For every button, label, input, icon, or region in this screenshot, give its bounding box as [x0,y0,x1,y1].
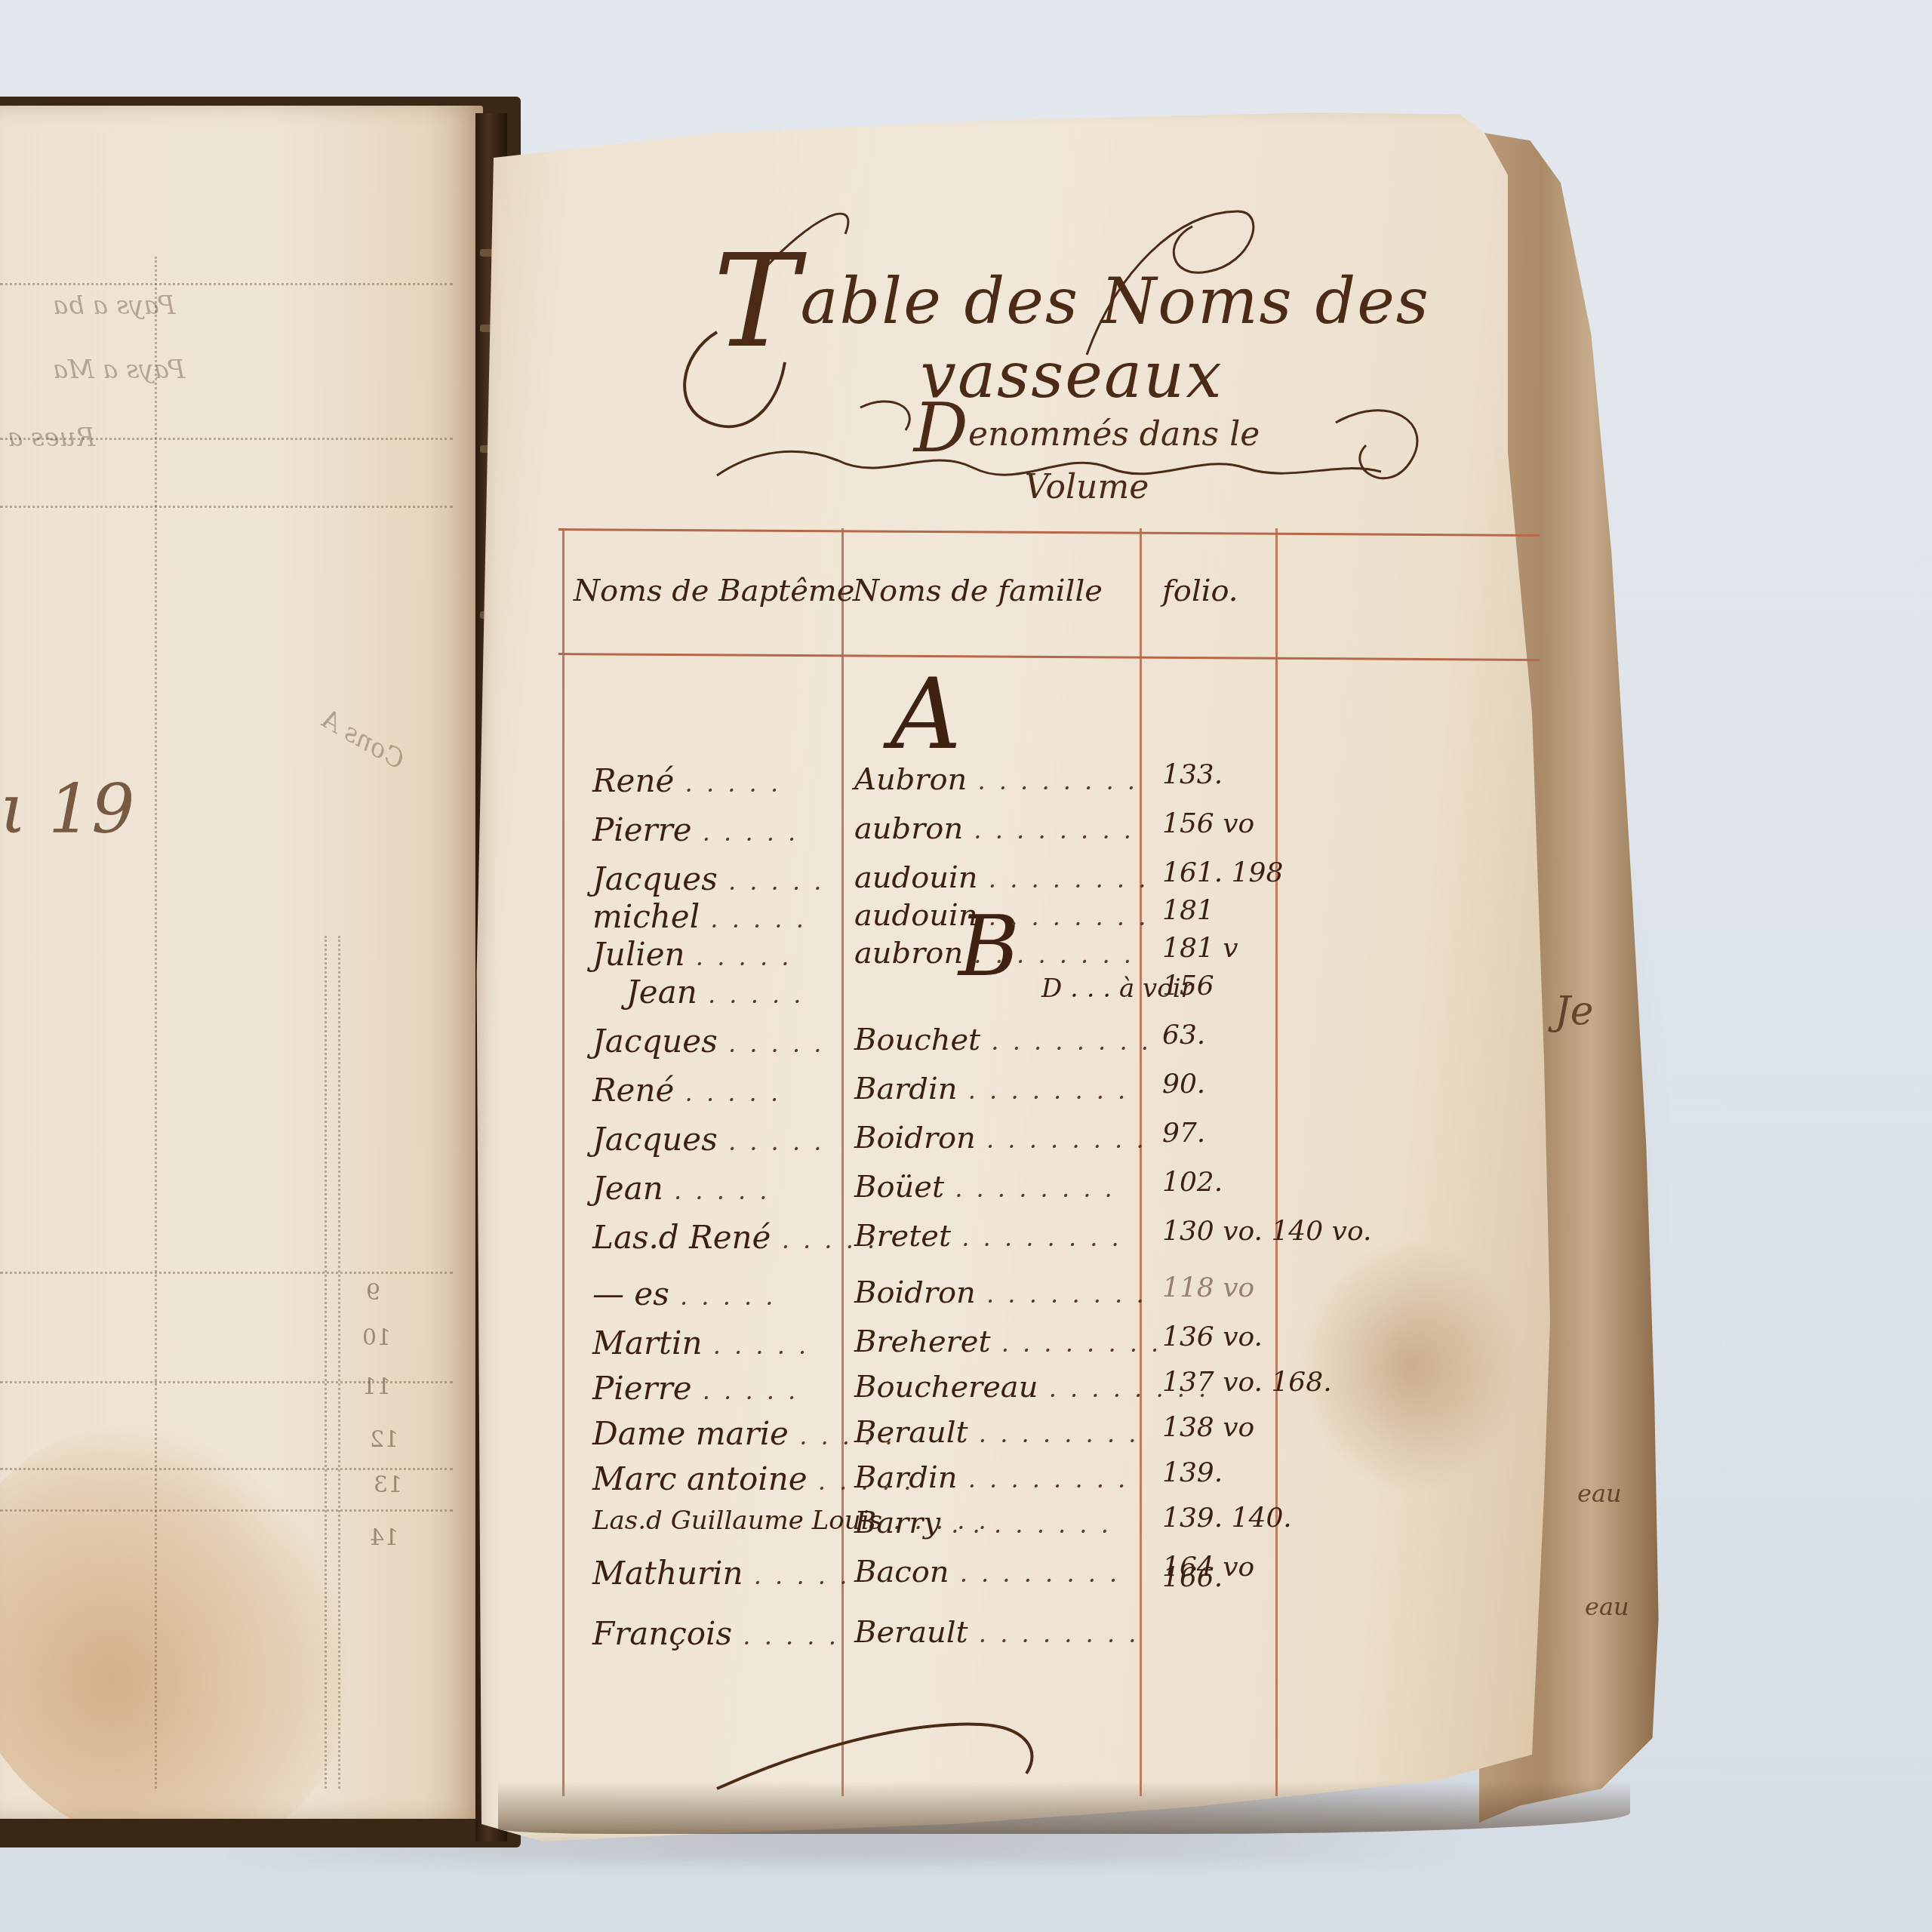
family-name: Bretet [854,1219,1122,1254]
partial-text-edge: eau [1585,1592,1629,1621]
given-name: Pierre [592,1370,798,1407]
family-name: Bardin [854,1072,1128,1106]
table-row: Jacques Boidron 97. [558,1121,1351,1166]
dotted-column-rule [338,936,340,1789]
dotted-rule [0,506,453,508]
given-name: Martin [592,1324,809,1361]
folio-ref: 156 vo [1162,808,1254,839]
given-name: Jacques [592,860,824,897]
table-row: Las.d René Bretet 130 vo. 140 vo. [558,1219,1351,1264]
family-name: Aubron [854,762,1138,797]
partial-text-edge: Je [1555,989,1594,1034]
show-through-number: 13 [374,1472,402,1498]
table-row: Marc antoine Bardin 139. [558,1460,1351,1506]
names-table: Noms de Baptême Noms de famille folio. A… [558,528,1540,1796]
show-through-number: 10 [362,1324,391,1351]
column-header-family-name: Noms de famille [853,574,1103,608]
folio-ref: 102. [1162,1167,1223,1198]
given-name: René [592,762,781,799]
ink-scribble: ι 19 [0,770,134,849]
family-name: Boidron [854,1121,1147,1155]
given-name: Jacques [592,1121,824,1158]
folio-ref: 139. [1162,1457,1223,1488]
partial-text-edge: eau [1577,1479,1622,1508]
table-row: Jean Boüet 102. [558,1170,1351,1215]
given-name: Jean [626,974,804,1011]
dotted-rule [0,283,453,285]
family-name: Bardin [854,1460,1128,1495]
folio-ref: 90. [1162,1069,1205,1100]
water-stain [0,1426,347,1819]
given-name: Jacques [592,1023,824,1060]
family-name: aubron [854,936,1134,971]
table-row: Las.d Guillaume Louis Barry 139. 140. [558,1506,1351,1551]
family-name: audouin [854,860,1149,895]
show-through-number: 9 [366,1279,380,1306]
dotted-rule [0,1509,453,1512]
table-row: René Bardin 90. [558,1072,1351,1117]
family-name: audouin [854,898,1149,933]
table-row: Dame marie Berault 138 vo [558,1415,1351,1460]
dotted-column-rule [155,257,157,1789]
column-header-given-name: Noms de Baptême [574,574,854,608]
folio-ref: 161. 198 [1162,857,1283,888]
closing-flourish [709,1706,1087,1796]
show-through-text: Cons A [315,703,410,775]
table-header-rule [558,653,1540,661]
folio-ref: 130 vo. 140 vo. [1162,1216,1371,1247]
folio-ref: 139. 140. [1162,1503,1292,1534]
show-through-number: 11 [362,1374,391,1400]
left-page: Pays a ba Pays a Ma Rues a Cons A ι 19 9… [0,106,483,1819]
table-row: Mathurin Bacon 164 vo [558,1555,1351,1600]
family-name: Bacon [854,1555,1120,1589]
folio-ref: 138 vo [1162,1412,1254,1443]
column-header-folio: folio. [1162,574,1238,608]
table-row: François Berault 166. [558,1615,1351,1660]
show-through-text: Pays a Ma [53,355,185,385]
given-name: Julien [592,936,792,973]
show-through-number: 12 [370,1426,398,1453]
family-name: Berault [854,1415,1139,1450]
table-row: Pierre Bouchereau 137 vo. 168. [558,1370,1351,1415]
family-name: Bouchet [854,1023,1152,1057]
section-letter-a: A [891,657,961,771]
given-name: Pierre [592,811,798,848]
table-row: Martin Breheret 136 vo. [558,1324,1351,1370]
show-through-number: 14 [370,1524,398,1551]
family-name: Boidron [854,1275,1147,1310]
given-name: Mathurin [592,1555,850,1592]
folio-ref: 156 [1162,971,1214,1001]
given-name: Las.d René [592,1219,878,1256]
given-name: Dame marie [592,1415,896,1452]
folio-ref: 136 vo. [1162,1321,1263,1352]
table-top-rule [558,528,1540,537]
given-name: René [592,1072,781,1109]
family-name: Boüet [854,1170,1115,1204]
table-row: Jean D . . . à voir 156 [558,974,1351,1019]
dotted-rule [0,1468,453,1470]
show-through-text: Pays a ba [53,291,175,321]
folio-ref: 133. [1162,759,1223,790]
photo-scene: Pays a ba Pays a Ma Rues a Cons A ι 19 9… [0,0,1932,1932]
given-name: — es [592,1275,776,1312]
folio-ref: 97. [1162,1118,1205,1149]
table-row: — es Boidron 118 vo [558,1275,1351,1321]
given-name: François [592,1615,839,1652]
given-name: michel [592,898,807,935]
show-through-text: Rues a [8,423,95,453]
family-name: Barry [854,1506,1112,1540]
folio-ref: 181 [1162,895,1214,926]
folio-ref: 137 vo. 168. [1162,1367,1332,1398]
table-row: Jacques Bouchet 63. [558,1023,1351,1068]
family-name: Berault [854,1615,1139,1650]
folio-ref: 63. [1162,1020,1205,1051]
folio-ref: 181 v [1162,933,1238,964]
folio-ref: 118 vo [1162,1272,1254,1303]
family-name: Bouchereau [854,1370,1209,1404]
table-row: René Aubron 133. [558,762,1351,808]
family-name: Breheret [854,1324,1161,1359]
given-name: Jean [592,1170,771,1207]
subtitle-flourish [709,377,1464,521]
family-name: aubron [854,811,1134,846]
dotted-rule [0,1272,453,1274]
table-row: Pierre aubron 156 vo [558,811,1351,857]
dotted-column-rule [325,936,327,1789]
folio-ref: 166. [1162,1562,1223,1593]
